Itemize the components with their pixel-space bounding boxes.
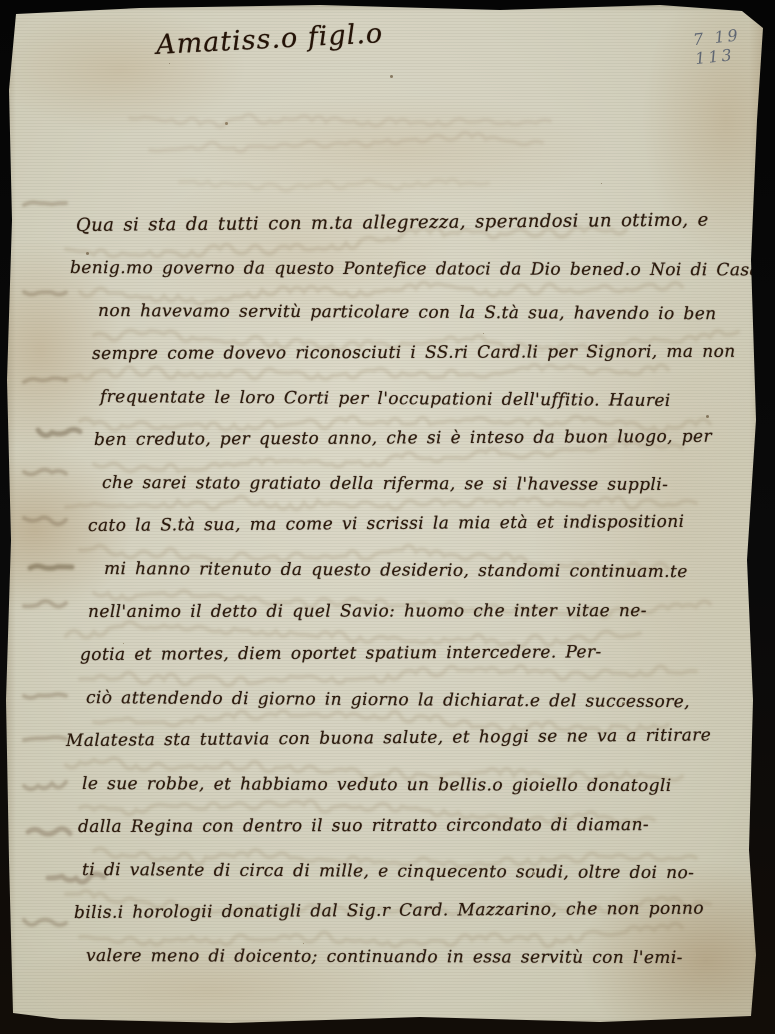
handwritten-line: Malatesta sta tuttavia con buona salute,…	[66, 714, 745, 763]
handwritten-line: mi hanno ritenuto da questo desiderio, s…	[104, 548, 745, 594]
letter-body: Qua si sta da tutti con m.ta allegrezza,…	[0, 204, 775, 978]
archival-number-pencil: 7 19 113	[692, 22, 775, 68]
handwritten-line: benig.mo governo da questo Pontefice dat…	[70, 247, 745, 292]
handwritten-line: gotia et mortes, diem oportet spatium in…	[80, 631, 745, 677]
handwritten-line: dalla Regina con dentro il suo ritratto …	[78, 804, 745, 849]
letter-page: Amatiss.o figl.o 7 19 113 Qua si sta da …	[0, 0, 775, 1034]
handwritten-line: non havevamo servitù particolare con la …	[98, 290, 745, 336]
handwritten-line: valere meno di doicento; continuando in …	[86, 935, 745, 980]
scan-background: Amatiss.o figl.o 7 19 113 Qua si sta da …	[0, 0, 775, 1034]
handwritten-line: cato la S.tà sua, ma come vi scrissi la …	[88, 500, 745, 548]
handwritten-line: ben creduto, per questo anno, che si è i…	[94, 416, 745, 462]
handwritten-line: sempre come dovevo riconosciuti i SS.ri …	[92, 331, 745, 376]
ink-specks	[0, 0, 3, 3]
handwritten-line: le sue robbe, et habbiamo veduto un bell…	[82, 763, 745, 808]
handwritten-line: Qua si sta da tutti con m.ta allegrezza,…	[76, 198, 745, 247]
handwritten-line: bilis.i horologii donatigli dal Sig.r Ca…	[74, 887, 745, 935]
salutation-annotation: Amatiss.o figl.o	[155, 18, 384, 61]
handwritten-line: nell'animo il detto di quel Savio: huomo…	[88, 590, 745, 634]
